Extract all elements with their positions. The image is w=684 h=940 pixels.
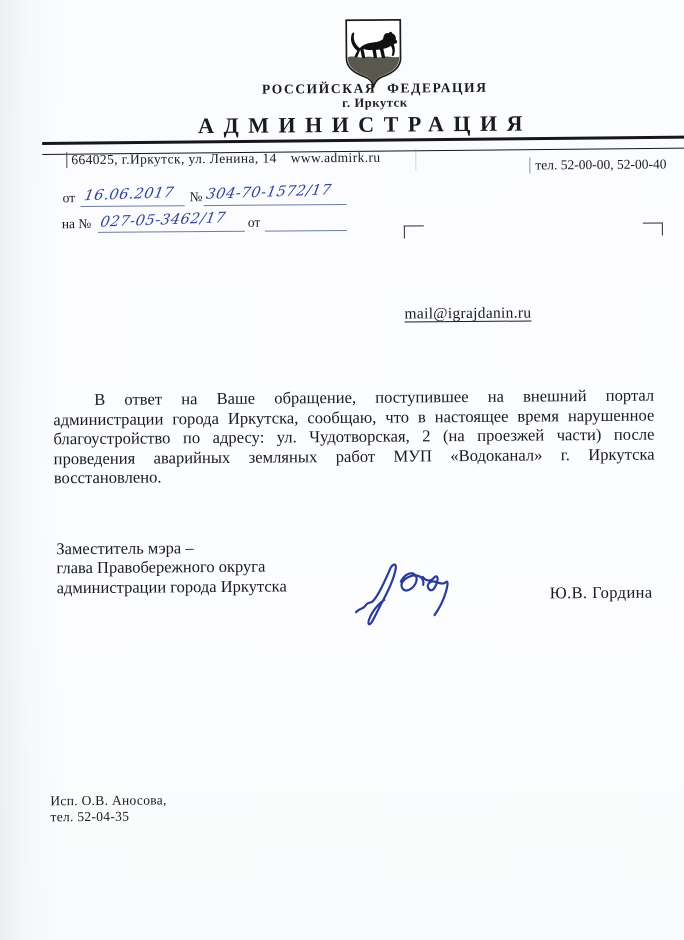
recipient-email: mail@igrajdanin.ru — [404, 305, 531, 324]
ref-reply-from-label: от — [248, 215, 261, 231]
handwritten-signature — [347, 548, 457, 637]
org-address: 664025, г.Иркутск, ул. Ленина, 14 — [71, 151, 277, 168]
body-paragraph: В ответ на Ваше обращение, поступившее н… — [53, 386, 655, 488]
executor-phone: тел. 52-04-35 — [50, 808, 166, 825]
ref-from-label: от — [63, 190, 76, 206]
ref-number-field: 304-70-1572/17 — [203, 183, 346, 206]
city-name: г. Иркутск — [342, 95, 408, 111]
org-phone: тел. 52-00-00, 52-00-40 — [529, 156, 666, 173]
scan-artifact-line — [415, 148, 416, 170]
org-address-line: 664025, г.Иркутск, ул. Ленина, 14www.adm… — [66, 150, 380, 168]
ref-number-value: 304-70-1572/17 — [205, 182, 333, 202]
signature-position-line-1: Заместитель мэра – — [56, 537, 286, 558]
signatory-name: Ю.В. Гордина — [550, 583, 653, 604]
executor-block: Исп. О.В. Аносова, тел. 52-04-35 — [50, 792, 167, 825]
address-crop-mark-left-icon — [404, 225, 424, 238]
scanned-letter-page: РОССИЙСКАЯ ФЕДЕРАЦИЯ г. Иркутск АДМИНИСТ… — [0, 0, 684, 940]
ref-number-label: № — [190, 189, 203, 205]
ref-date-value: 16.06.2017 — [83, 185, 175, 204]
signature-position-line-2: глава Правобережного округа — [56, 557, 286, 578]
ref-date-field: 16.06.2017 — [81, 185, 185, 207]
ref-reply-label: на № — [62, 216, 92, 232]
org-website: www.admirk.ru — [291, 150, 381, 166]
ref-reply-value: 027-05-3462/17 — [99, 210, 227, 230]
org-title: АДМИНИСТРАЦИЯ — [198, 111, 532, 140]
address-crop-mark-right-icon — [643, 222, 663, 235]
signature-position-line-3: администрации города Иркутска — [57, 576, 287, 597]
signature-position-block: Заместитель мэра – глава Правобережного … — [56, 537, 287, 597]
executor-note: Исп. О.В. Аносова, — [50, 792, 166, 809]
ref-reply-field: 027-05-3462/17 — [98, 211, 245, 233]
ref-reply-blank-field — [265, 210, 347, 232]
